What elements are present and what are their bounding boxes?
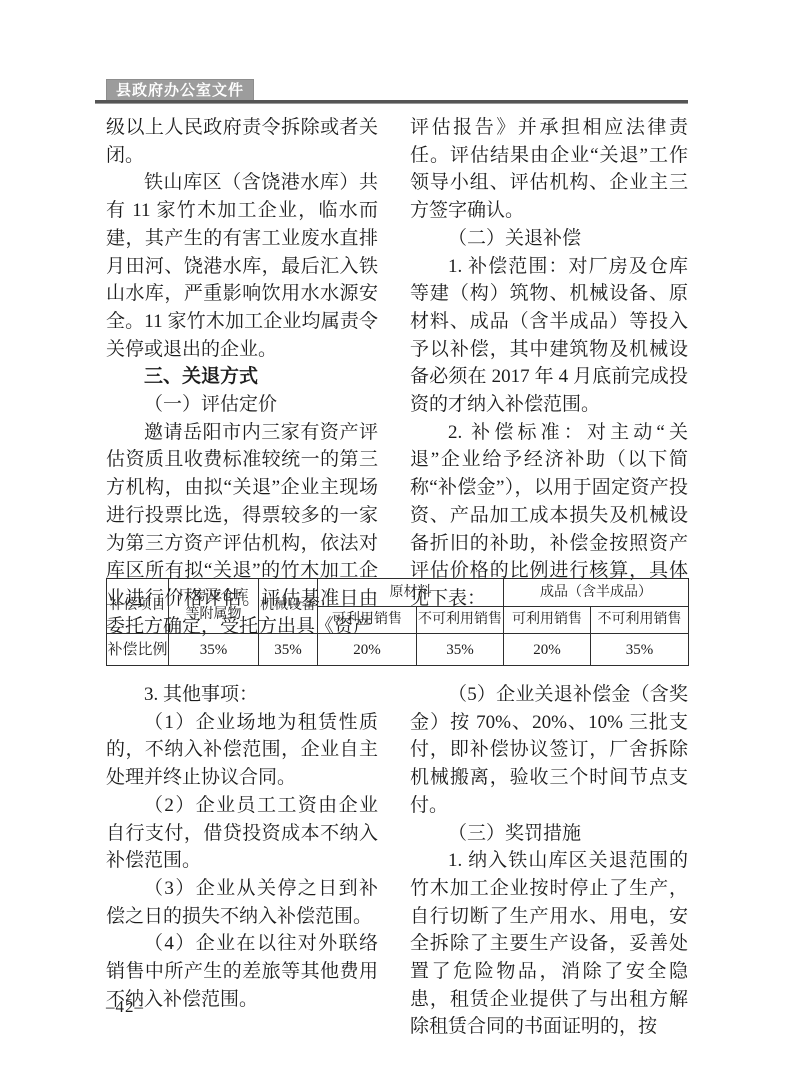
document-header-badge: 县政府办公室文件: [106, 79, 254, 101]
table-value: 20%: [318, 634, 417, 666]
top-text-section: 级以上人民政府责令拆除或者关闭。 铁山库区（含饶港水库）共有 11 家竹木加工企…: [106, 114, 688, 640]
table-value: 20%: [504, 634, 591, 666]
table-header-buildings: 厂房及仓库等附属物: [169, 579, 259, 634]
table-subheader-non-resellable: 不可利用销售: [417, 607, 504, 634]
compensation-table: 补偿项目 厂房及仓库等附属物 机械设备 原材料 成品（含半成品） 可利用销售 不…: [106, 578, 689, 666]
paragraph: （3）企业从关停之日到补偿之日的损失不纳入补偿范围。: [106, 875, 378, 930]
subsection-heading: （三）奖罚措施: [410, 820, 688, 848]
table-header-machinery: 机械设备: [259, 579, 318, 634]
subsection-heading: （二）关退补偿: [410, 225, 688, 253]
table-header-item: 补偿项目: [107, 579, 169, 634]
table-subheader-non-resellable: 不可利用销售: [591, 607, 689, 634]
table-header-finished-goods: 成品（含半成品）: [504, 579, 689, 607]
table-value: 35%: [169, 634, 259, 666]
table-subheader-resellable: 可利用销售: [318, 607, 417, 634]
table-value: 35%: [591, 634, 689, 666]
bottom-text-section: 3. 其他事项： （1）企业场地为租赁性质的，不纳入补偿范围，企业自主处理并终止…: [106, 681, 688, 1041]
paragraph: 3. 其他事项：: [106, 681, 378, 709]
paragraph: （5）企业关退补偿金（含奖金）按 70%、20%、10% 三批支付，即补偿协议签…: [410, 681, 688, 820]
section-heading: 三、关退方式: [106, 363, 378, 391]
table-value: 35%: [417, 634, 504, 666]
header-rule: [95, 100, 688, 104]
table-header-buildings-text: 厂房及仓库等附属物: [179, 588, 249, 624]
table-header-raw-materials: 原材料: [318, 579, 504, 607]
paragraph: 1. 补偿范围：对厂房及仓库等建（构）筑物、机械设备、原材料、成品（含半成品）等…: [410, 253, 688, 419]
subsection-heading: （一）评估定价: [106, 391, 378, 419]
paragraph: 铁山库区（含饶港水库）共有 11 家竹木加工企业，临水而建，其产生的有害工业废水…: [106, 169, 378, 363]
compensation-table-wrap: 补偿项目 厂房及仓库等附属物 机械设备 原材料 成品（含半成品） 可利用销售 不…: [106, 578, 688, 666]
paragraph: 评估报告》并承担相应法律责任。评估结果由企业“关退”工作领导小组、评估机构、企业…: [410, 114, 688, 225]
bottom-left-column: 3. 其他事项： （1）企业场地为租赁性质的，不纳入补偿范围，企业自主处理并终止…: [106, 681, 378, 1041]
paragraph: （4）企业在以往对外联络销售中所产生的差旅等其他费用不纳入补偿范围。: [106, 930, 378, 1013]
table-value: 35%: [259, 634, 318, 666]
paragraph: 级以上人民政府责令拆除或者关闭。: [106, 114, 378, 169]
bottom-right-column: （5）企业关退补偿金（含奖金）按 70%、20%、10% 三批支付，即补偿协议签…: [410, 681, 688, 1041]
table-row-label: 补偿比例: [107, 634, 169, 666]
table-subheader-resellable: 可利用销售: [504, 607, 591, 634]
paragraph: （2）企业员工工资由企业自行支付，借贷投资成本不纳入补偿范围。: [106, 792, 378, 875]
document-page: 县政府办公室文件 级以上人民政府责令拆除或者关闭。 铁山库区（含饶港水库）共有 …: [0, 0, 793, 1077]
paragraph: （1）企业场地为租赁性质的，不纳入补偿范围，企业自主处理并终止协议合同。: [106, 709, 378, 792]
page-number: –42–: [106, 997, 144, 1017]
top-right-column: 评估报告》并承担相应法律责任。评估结果由企业“关退”工作领导小组、评估机构、企业…: [410, 114, 688, 640]
paragraph: 1. 纳入铁山库区关退范围的竹木加工企业按时停止了生产，自行切断了生产用水、用电…: [410, 847, 688, 1041]
top-left-column: 级以上人民政府责令拆除或者关闭。 铁山库区（含饶港水库）共有 11 家竹木加工企…: [106, 114, 378, 640]
